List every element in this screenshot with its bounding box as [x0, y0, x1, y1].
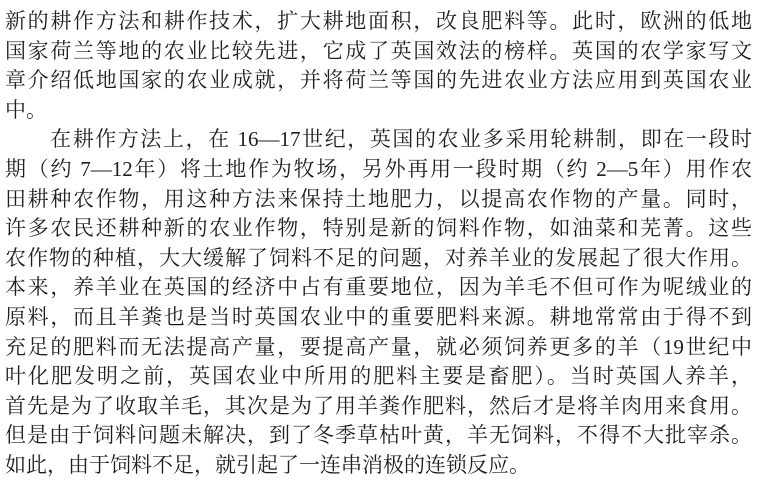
text-line-7: 田耕种农作物，用这种方法来保持土地肥力，以提高农作物的产量。同时，: [5, 185, 752, 215]
text-line-1: 新的耕作方法和耕作技术，扩大耕地面积，改良肥料等。此时，欧洲的低地: [5, 7, 752, 37]
text-line-6: 期（约 7—12年）将土地作为牧场，另外再用一段时期（约 2—5年）用作农: [5, 155, 752, 185]
text-line-2: 国家荷兰等地的农业比较先进，它成了英国效法的榜样。英国的农学家写文: [5, 37, 752, 67]
text-line-15: 但是由于饲料问题未解决，到了冬季草枯叶黄，羊无饲料，不得不大批宰杀。: [5, 421, 752, 451]
text-line-11: 原料，而且羊粪也是当时英国农业中的重要肥料来源。耕地常常由于得不到: [5, 303, 752, 333]
text-line-4: 中。: [5, 96, 752, 126]
text-line-5: 在耕作方法上，在 16—17世纪，英国的农业多采用轮耕制，即在一段时: [5, 125, 752, 155]
text-line-8: 许多农民还耕种新的农业作物，特别是新的饲料作物，如油菜和芜菁。这些: [5, 214, 752, 244]
text-line-10: 本来，养羊业在英国的经济中占有重要地位，因为羊毛不但可作为呢绒业的: [5, 273, 752, 303]
text-line-14: 首先是为了收取羊毛，其次是为了用羊粪作肥料，然后才是将羊肉用来食用。: [5, 392, 752, 422]
text-line-3: 章介绍低地国家的农业成就，并将荷兰等国的先进农业方法应用到英国农业: [5, 66, 752, 96]
document-text: 新的耕作方法和耕作技术，扩大耕地面积，改良肥料等。此时，欧洲的低地国家荷兰等地的…: [5, 7, 752, 481]
text-line-12: 充足的肥料而无法提高产量，要提高产量，就必须饲养更多的羊（19世纪中: [5, 333, 752, 363]
text-line-13: 叶化肥发明之前，英国农业中所用的肥料主要是畜肥）。当时英国人养羊，: [5, 362, 752, 392]
text-line-16: 如此，由于饲料不足，就引起了一连串消极的连锁反应。: [5, 451, 752, 481]
document-page: 新的耕作方法和耕作技术，扩大耕地面积，改良肥料等。此时，欧洲的低地国家荷兰等地的…: [0, 0, 758, 481]
text-line-9: 农作物的种植，大大缓解了饲料不足的问题，对养羊业的发展起了很大作用。: [5, 244, 752, 274]
